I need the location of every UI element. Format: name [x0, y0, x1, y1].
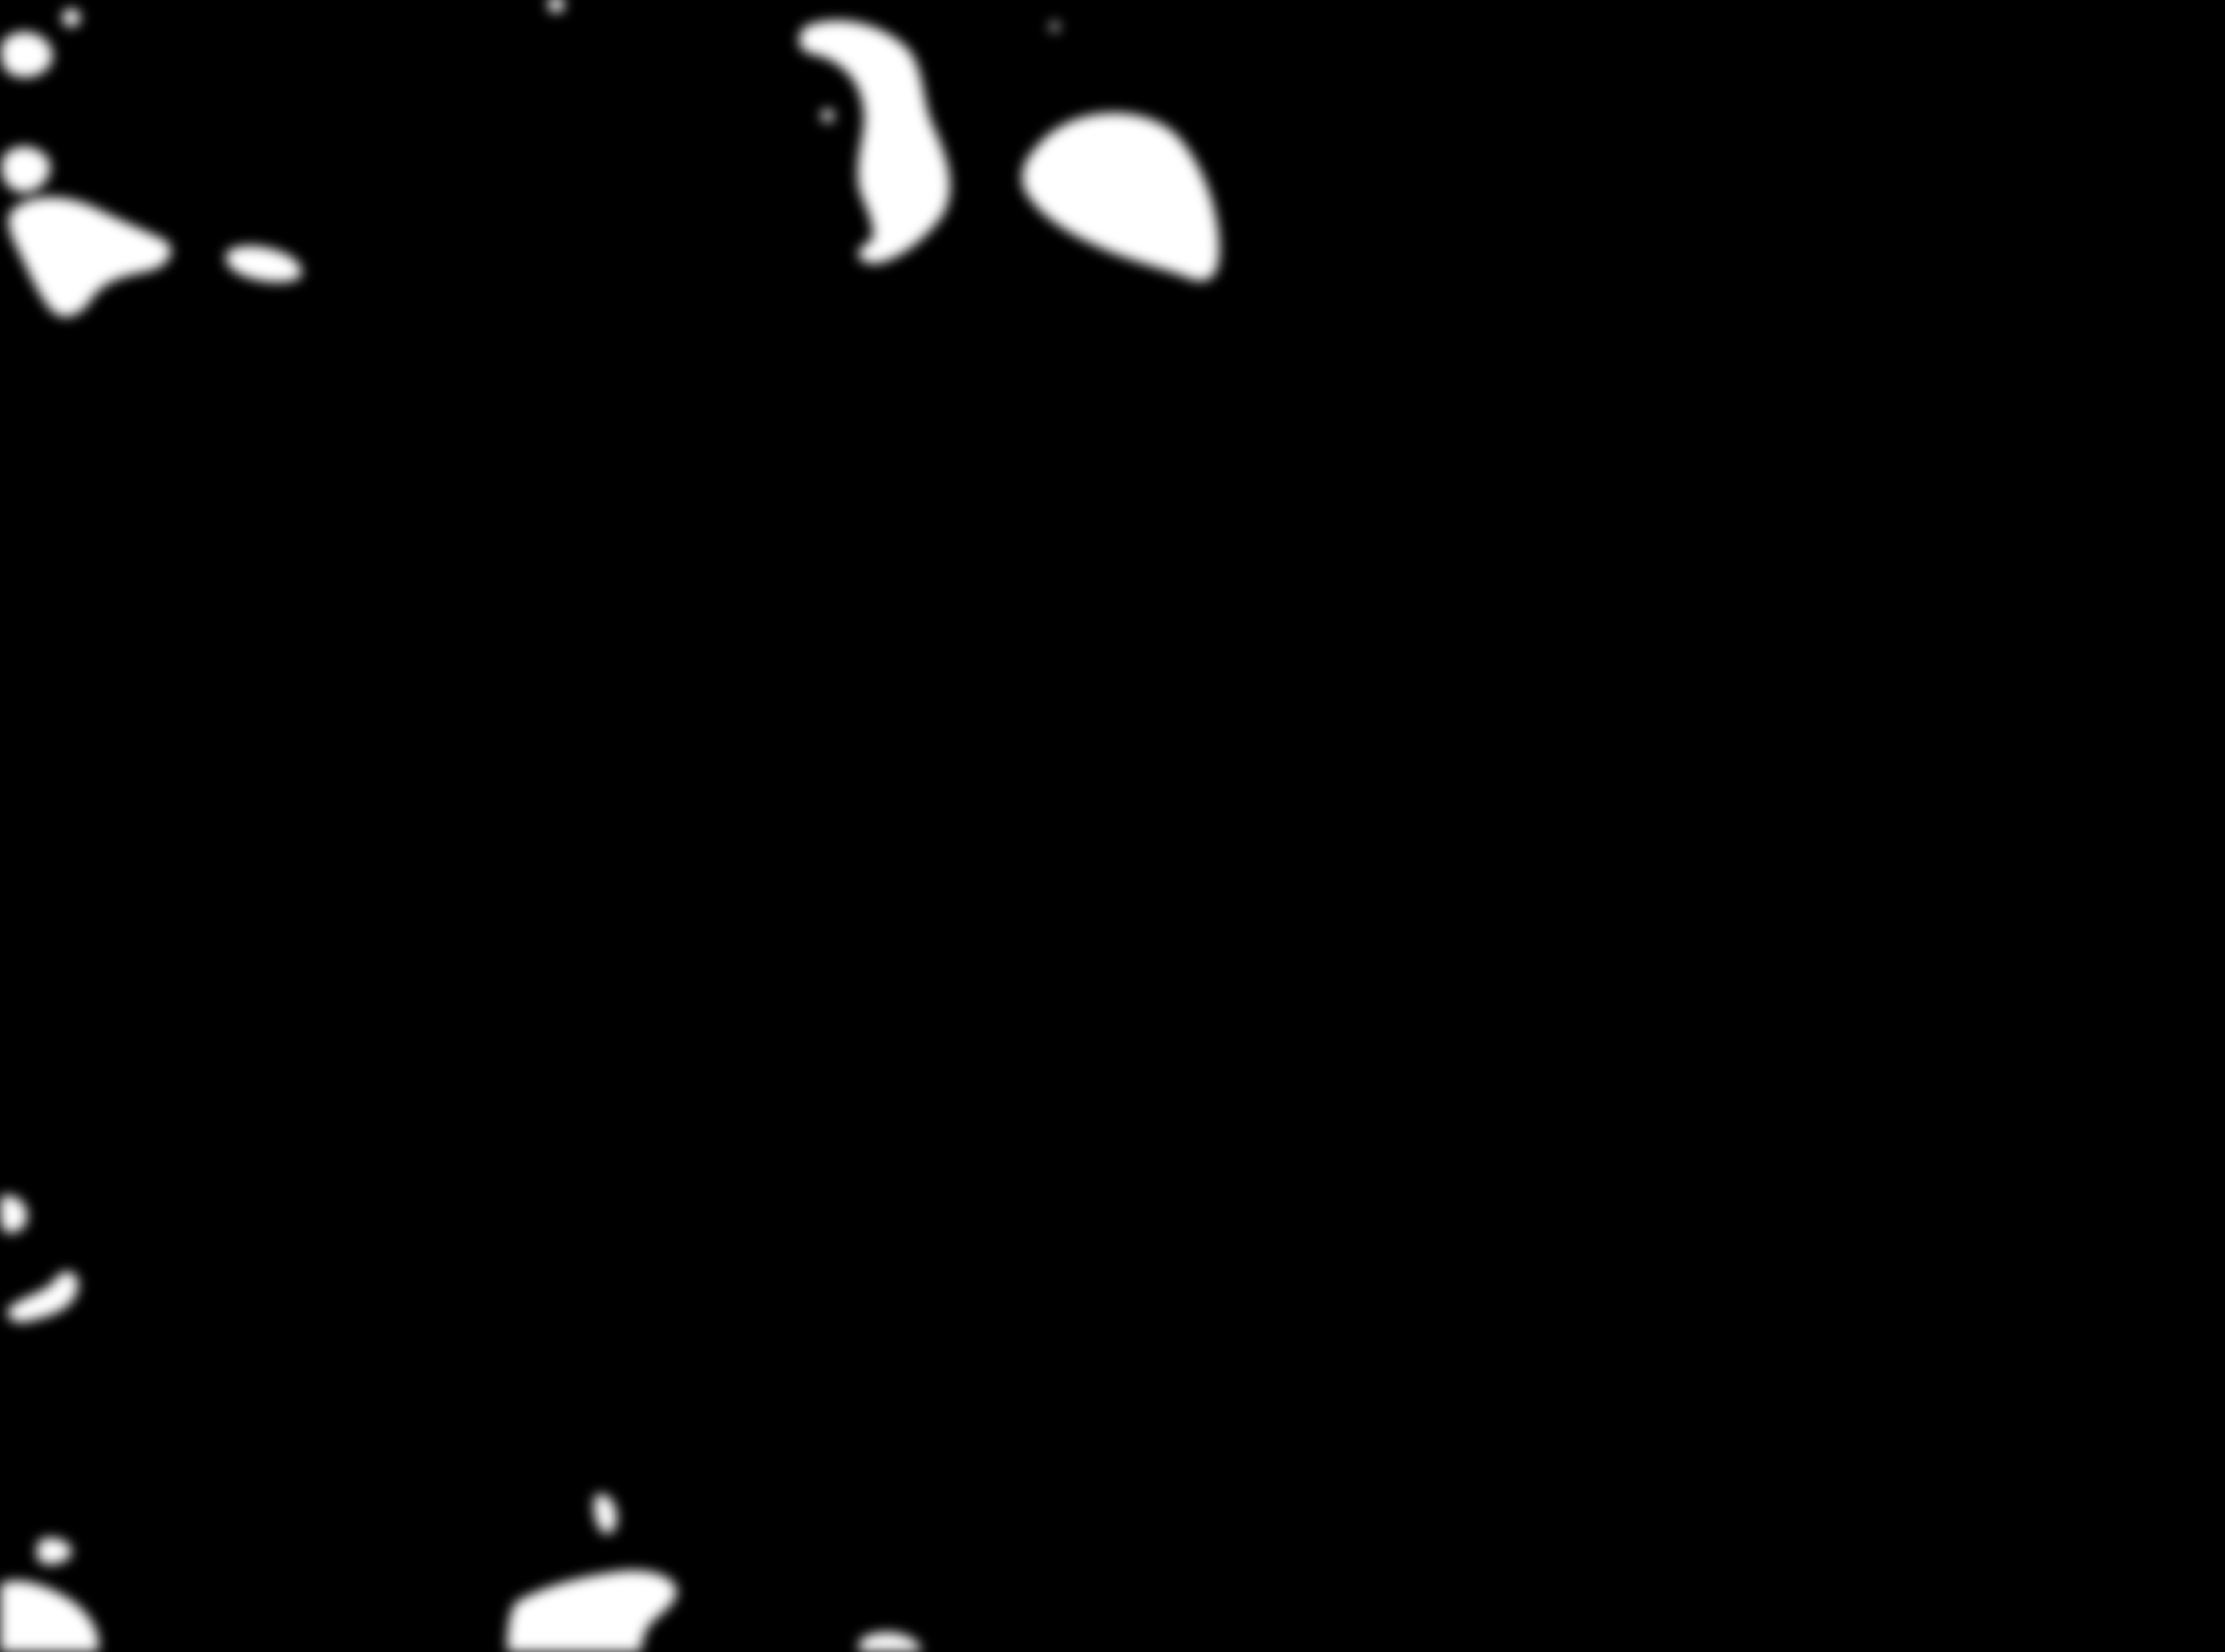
- speck-1: [548, 0, 564, 12]
- speck-2: [62, 9, 80, 27]
- blob-layer: [0, 0, 2225, 1652]
- blob-bottom-center: [507, 1571, 676, 1652]
- blob-bottom-left: [0, 1581, 99, 1652]
- speck-4: [1050, 22, 1059, 31]
- blob-top-left-1: [1, 32, 53, 77]
- blob-bottom-mid: [859, 1632, 921, 1652]
- blob-bottom-small: [37, 1538, 72, 1564]
- blob-large-right: [1022, 113, 1219, 281]
- blob-top-left-4: [226, 246, 302, 282]
- blob-left-edge-1: [0, 1195, 27, 1233]
- blob-top-left-2: [8, 198, 171, 317]
- blob-left-edge-2: [8, 1272, 78, 1322]
- blob-bottom-center-stem: [594, 1494, 617, 1533]
- blob-top-left-3: [1, 147, 50, 193]
- natural-image-scene: [0, 0, 2225, 1652]
- speck-3: [821, 109, 834, 122]
- blob-tall-left: [799, 20, 950, 263]
